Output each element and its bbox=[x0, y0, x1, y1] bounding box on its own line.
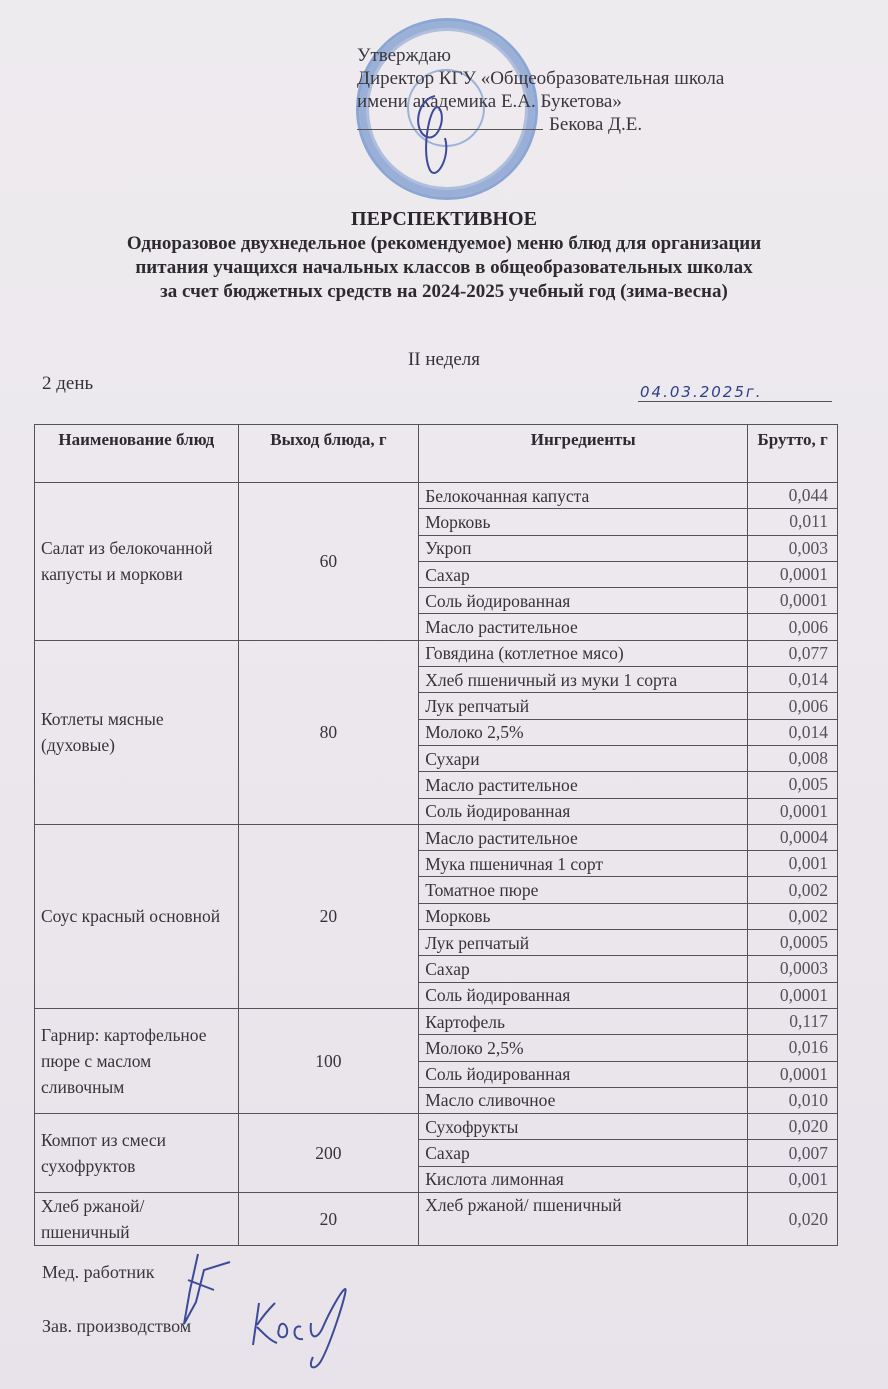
approver-name: Бекова Д.Е. bbox=[549, 114, 642, 135]
table-header-row: Наименование блюд Выход блюда, г Ингреди… bbox=[35, 425, 838, 483]
ingredient-name: Морковь bbox=[419, 903, 748, 929]
dish-name: Компот из смеси сухофруктов bbox=[35, 1114, 239, 1193]
document-page: Утверждаю Директор КГУ «Общеобразователь… bbox=[0, 0, 888, 1389]
dish-name: Хлеб ржаной/ пшеничный bbox=[35, 1193, 239, 1246]
ingredient-gross: 0,0005 bbox=[748, 930, 838, 956]
approval-heading: Утверждаю bbox=[357, 44, 857, 67]
ingredient-name: Морковь bbox=[419, 509, 748, 535]
ingredient-gross: 0,0004 bbox=[748, 824, 838, 850]
menu-table: Наименование блюд Выход блюда, г Ингреди… bbox=[34, 424, 838, 1246]
ingredient-name: Соль йодированная bbox=[419, 982, 748, 1008]
ingredient-name: Соль йодированная bbox=[419, 1061, 748, 1087]
production-head-label: Зав. производством bbox=[42, 1316, 191, 1337]
table-row: Соус красный основной20Масло растительно… bbox=[35, 824, 838, 850]
ingredient-name: Лук репчатый bbox=[419, 930, 748, 956]
ingredient-name: Говядина (котлетное мясо) bbox=[419, 640, 748, 666]
ingredient-gross: 0,002 bbox=[748, 903, 838, 929]
header-yield: Выход блюда, г bbox=[238, 425, 419, 483]
ingredient-gross: 0,0001 bbox=[748, 982, 838, 1008]
ingredient-name: Томатное пюре bbox=[419, 877, 748, 903]
ingredient-name: Укроп bbox=[419, 535, 748, 561]
dish-yield: 80 bbox=[238, 640, 419, 824]
ingredient-name: Масло растительное bbox=[419, 772, 748, 798]
dish-yield: 20 bbox=[238, 1193, 419, 1246]
approval-block: Утверждаю Директор КГУ «Общеобразователь… bbox=[357, 44, 857, 136]
ingredient-name: Хлеб пшеничный из муки 1 сорта bbox=[419, 667, 748, 693]
ingredient-gross: 0,014 bbox=[748, 719, 838, 745]
header-gross: Брутто, г bbox=[748, 425, 838, 483]
approval-school: имени академика Е.А. Букетова» bbox=[357, 90, 857, 113]
ingredient-name: Молоко 2,5% bbox=[419, 1035, 748, 1061]
table-row: Салат из белокочанной капусты и моркови6… bbox=[35, 483, 838, 509]
week-label: II неделя bbox=[0, 349, 888, 371]
ingredient-gross: 0,0001 bbox=[748, 561, 838, 587]
approval-position: Директор КГУ «Общеобразовательная школа bbox=[357, 67, 857, 90]
ingredient-gross: 0,006 bbox=[748, 614, 838, 640]
signature-line bbox=[357, 129, 543, 130]
ingredient-gross: 0,008 bbox=[748, 745, 838, 771]
dish-name: Котлеты мясные (духовые) bbox=[35, 640, 239, 824]
ingredient-name: Сухари bbox=[419, 745, 748, 771]
ingredient-gross: 0,002 bbox=[748, 877, 838, 903]
title-line-1: Одноразовое двухнедельное (рекомендуемое… bbox=[0, 232, 888, 256]
ingredient-gross: 0,044 bbox=[748, 483, 838, 509]
dish-name: Соус красный основной bbox=[35, 824, 239, 1008]
title-main: ПЕРСПЕКТИВНОЕ bbox=[0, 207, 888, 232]
ingredient-name: Лук репчатый bbox=[419, 693, 748, 719]
table-row: Котлеты мясные (духовые)80Говядина (котл… bbox=[35, 640, 838, 666]
med-worker-label: Мед. работник bbox=[42, 1262, 154, 1283]
handwritten-date: 04.03.2025г. bbox=[638, 383, 832, 402]
ingredient-gross: 0,001 bbox=[748, 1166, 838, 1192]
title-line-3: за счет бюджетных средств на 2024-2025 у… bbox=[0, 280, 888, 304]
ingredient-gross: 0,020 bbox=[748, 1114, 838, 1140]
title-line-2: питания учащихся начальных классов в общ… bbox=[0, 256, 888, 280]
dish-name: Гарнир: картофельное пюре с маслом сливо… bbox=[35, 1008, 239, 1113]
table-row: Гарнир: картофельное пюре с маслом сливо… bbox=[35, 1008, 838, 1034]
dish-name: Салат из белокочанной капусты и моркови bbox=[35, 483, 239, 641]
ingredient-name: Масло растительное bbox=[419, 614, 748, 640]
ingredient-name: Сахар bbox=[419, 1140, 748, 1166]
day-label: 2 день bbox=[42, 373, 93, 395]
ingredient-name: Хлеб ржаной/ пшеничный bbox=[419, 1193, 748, 1246]
ingredient-gross: 0,007 bbox=[748, 1140, 838, 1166]
ingredient-gross: 0,014 bbox=[748, 667, 838, 693]
ingredient-gross: 0,0001 bbox=[748, 588, 838, 614]
document-title: ПЕРСПЕКТИВНОЕ Одноразовое двухнедельное … bbox=[0, 207, 888, 304]
ingredient-name: Сахар bbox=[419, 561, 748, 587]
table-body: Салат из белокочанной капусты и моркови6… bbox=[35, 483, 838, 1246]
ingredient-name: Молоко 2,5% bbox=[419, 719, 748, 745]
ingredient-gross: 0,0001 bbox=[748, 798, 838, 824]
ingredient-gross: 0,020 bbox=[748, 1193, 838, 1246]
header-ingredients: Ингредиенты bbox=[419, 425, 748, 483]
ingredient-gross: 0,001 bbox=[748, 851, 838, 877]
table-row: Хлеб ржаной/ пшеничный20Хлеб ржаной/ пше… bbox=[35, 1193, 838, 1246]
ingredient-name: Масло растительное bbox=[419, 824, 748, 850]
ingredient-name: Соль йодированная bbox=[419, 798, 748, 824]
dish-yield: 20 bbox=[238, 824, 419, 1008]
header-dish: Наименование блюд bbox=[35, 425, 239, 483]
ingredient-gross: 0,077 bbox=[748, 640, 838, 666]
ingredient-gross: 0,003 bbox=[748, 535, 838, 561]
ingredient-gross: 0,006 bbox=[748, 693, 838, 719]
ingredient-gross: 0,011 bbox=[748, 509, 838, 535]
ingredient-gross: 0,117 bbox=[748, 1008, 838, 1034]
ingredient-name: Белокочанная капуста bbox=[419, 483, 748, 509]
ingredient-gross: 0,010 bbox=[748, 1087, 838, 1113]
ingredient-name: Кислота лимонная bbox=[419, 1166, 748, 1192]
dish-yield: 200 bbox=[238, 1114, 419, 1193]
ingredient-name: Картофель bbox=[419, 1008, 748, 1034]
ingredient-gross: 0,0001 bbox=[748, 1061, 838, 1087]
dish-yield: 100 bbox=[238, 1008, 419, 1113]
ingredient-name: Сахар bbox=[419, 956, 748, 982]
ingredient-gross: 0,0003 bbox=[748, 956, 838, 982]
ingredient-name: Мука пшеничная 1 сорт bbox=[419, 851, 748, 877]
dish-yield: 60 bbox=[238, 483, 419, 641]
table-row: Компот из смеси сухофруктов200Сухофрукты… bbox=[35, 1114, 838, 1140]
ingredient-gross: 0,016 bbox=[748, 1035, 838, 1061]
ingredient-name: Сухофрукты bbox=[419, 1114, 748, 1140]
ingredient-gross: 0,005 bbox=[748, 772, 838, 798]
production-head-signature-icon bbox=[245, 1283, 375, 1383]
ingredient-name: Соль йодированная bbox=[419, 588, 748, 614]
ingredient-name: Масло сливочное bbox=[419, 1087, 748, 1113]
